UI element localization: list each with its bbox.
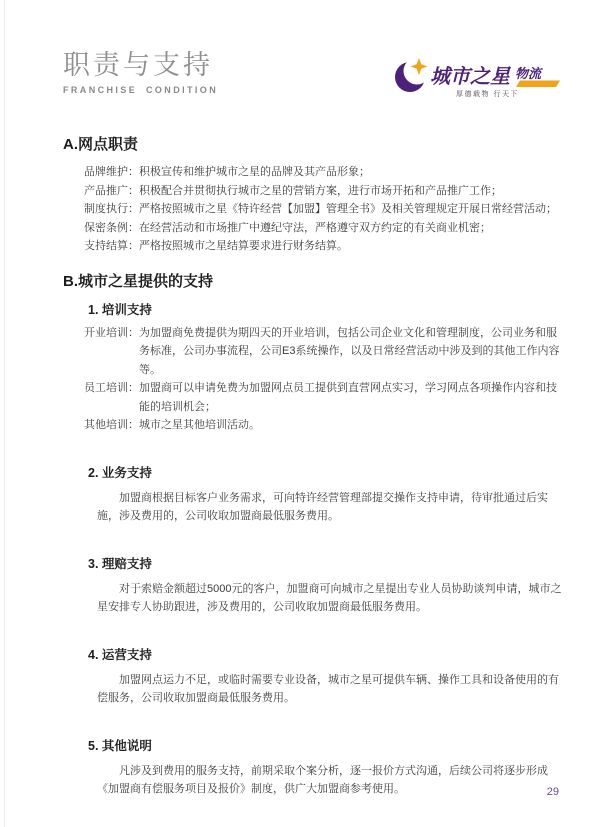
section-a-title: A.网点职责 [63, 135, 609, 155]
item-text: 积极配合并贯彻执行城市之星的营销方案，进行市场开拓和产品推广工作； [139, 182, 562, 201]
section-b-title: B.城市之星提供的支持 [63, 272, 609, 292]
item-text: 加盟商可以申请免费为加盟网点员工提供到直营网点实习，学习网点各项操作内容和技能的… [139, 379, 562, 416]
list-item: 保密条例： 在经营活动和市场推广中遵纪守法，严格遵守双方约定的有关商业机密； [84, 219, 562, 238]
page-subtitle: FRANCHISE CONDITION [63, 85, 218, 95]
item-label: 保密条例： [84, 219, 139, 238]
item-label: 开业培训： [84, 324, 139, 380]
item-label: 其他培训： [84, 416, 139, 435]
page-header: 职责与支持 FRANCHISE CONDITION [63, 50, 218, 95]
subsection-2-paragraph: 加盟商根据目标客户业务需求，可向特许经营管理部提交操作支持申请，待审批通过后实施… [97, 489, 562, 526]
list-item: 品牌维护： 积极宣传和维护城市之星的品牌及其产品形象； [84, 163, 562, 182]
list-item: 开业培训： 为加盟商免费提供为期四天的开业培训，包括公司企业文化和管理制度，公司… [84, 324, 562, 380]
list-item: 制度执行： 严格按照城市之星《特许经营【加盟】管理全书》及相关管理规定开展日常经… [84, 200, 562, 219]
item-text: 为加盟商免费提供为期四天的开业培训，包括公司企业文化和管理制度，公司业务和服务标… [139, 324, 562, 380]
subsection-4-paragraph: 加盟网点运力不足，或临时需要专业设备，城市之星可提供车辆、操作工具和设备使用的有… [97, 671, 562, 708]
item-label: 产品推广： [84, 182, 139, 201]
list-item: 员工培训： 加盟商可以申请免费为加盟网点员工提供到直营网点实习，学习网点各项操作… [84, 379, 562, 416]
item-text: 在经营活动和市场推广中遵纪守法，严格遵守双方约定的有关商业机密； [139, 219, 562, 238]
subsection-4-title: 4. 运营支持 [88, 647, 609, 664]
list-item: 其他培训： 城市之星其他培训活动。 [84, 416, 562, 435]
subsection-2-title: 2. 业务支持 [88, 465, 609, 482]
subsection-5-paragraph: 凡涉及到费用的服务支持，前期采取个案分析，逐一报价方式沟通，后续公司将逐步形成《… [97, 762, 562, 799]
company-logo: 城市之星 物流 厚德载物 行天下 [394, 55, 564, 101]
logo-brand-text: 城市之星 [430, 65, 512, 88]
page-number: 29 [547, 786, 559, 798]
document-body: A.网点职责 品牌维护： 积极宣传和维护城市之星的品牌及其产品形象； 产品推广：… [0, 135, 609, 799]
section-a-list: 品牌维护： 积极宣传和维护城市之星的品牌及其产品形象； 产品推广： 积极配合并贯… [84, 163, 562, 256]
item-text: 积极宣传和维护城市之星的品牌及其产品形象； [139, 163, 562, 182]
logo-tagline: 厚德载物 行天下 [456, 89, 519, 98]
subsection-5-title: 5. 其他说明 [88, 738, 609, 755]
logo-swoosh [516, 81, 560, 88]
document-page: 职责与支持 FRANCHISE CONDITION 城市之星 物流 厚德载物 行… [0, 0, 609, 827]
list-item: 产品推广： 积极配合并贯彻执行城市之星的营销方案，进行市场开拓和产品推广工作； [84, 182, 562, 201]
item-label: 支持结算： [84, 237, 139, 256]
logo-graphic: 城市之星 物流 厚德载物 行天下 [394, 55, 564, 101]
logo-suffix-text: 物流 [515, 66, 544, 81]
subsection-3-paragraph: 对于索赔金额超过5000元的客户，加盟商可向城市之星提出专业人员协助谈判申请，城… [97, 580, 562, 617]
item-text: 严格按照城市之星《特许经营【加盟】管理全书》及相关管理规定开展日常经营活动； [139, 200, 562, 219]
page-title: 职责与支持 [63, 50, 218, 80]
item-label: 员工培训： [84, 379, 139, 416]
item-text: 城市之星其他培训活动。 [139, 416, 562, 435]
subsection-1-title: 1. 培训支持 [88, 302, 609, 319]
item-label: 制度执行： [84, 200, 139, 219]
list-item: 支持结算： 严格按照城市之星结算要求进行财务结算。 [84, 237, 562, 256]
item-text: 严格按照城市之星结算要求进行财务结算。 [139, 237, 562, 256]
subsection-1-list: 开业培训： 为加盟商免费提供为期四天的开业培训，包括公司企业文化和管理制度，公司… [84, 324, 562, 435]
crescent-moon-icon [395, 58, 431, 93]
item-label: 品牌维护： [84, 163, 139, 182]
subsection-3-title: 3. 理赔支持 [88, 556, 609, 573]
